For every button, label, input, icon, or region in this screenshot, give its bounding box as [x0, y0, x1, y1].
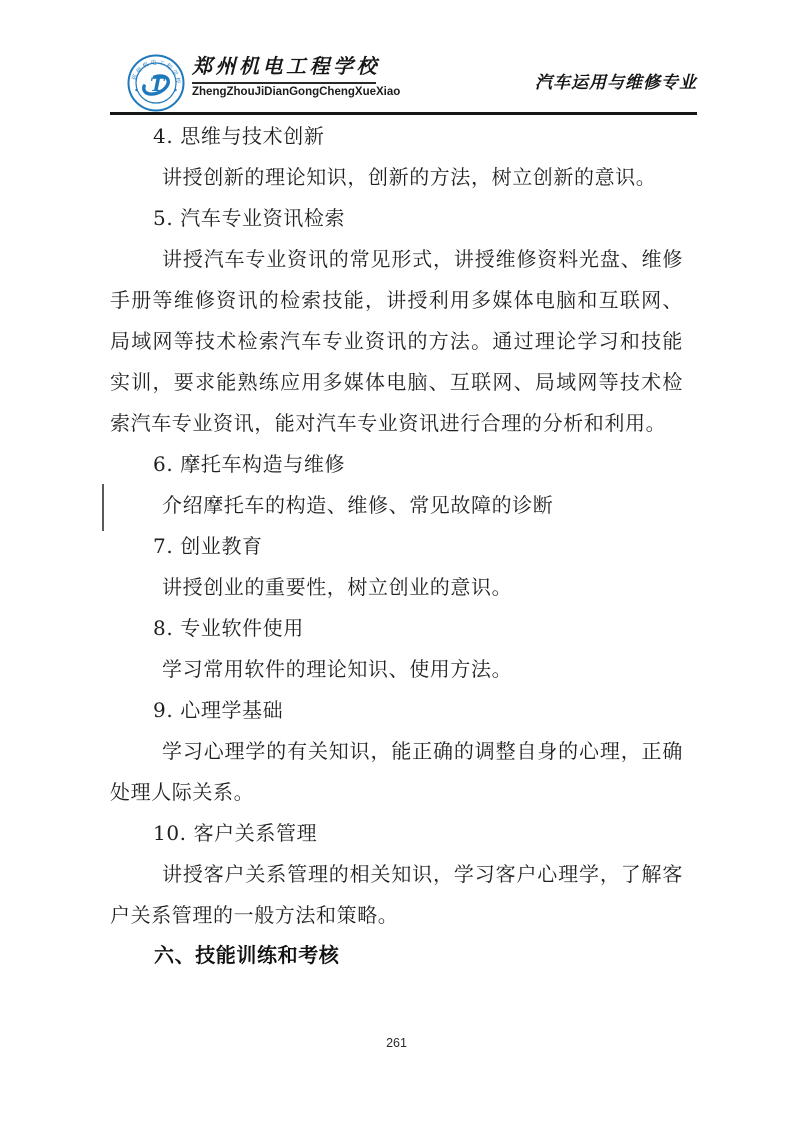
course-item-title: 10. 客户关系管理 [110, 813, 683, 854]
course-item-title: 7. 创业教育 [110, 526, 683, 567]
paragraph: 讲授客户关系管理的相关知识，学习客户心理学，了解客户关系管理的一般方法和策略。 [110, 854, 683, 936]
paragraph: 讲授汽车专业资讯的常见形式，讲授维修资料光盘、维修手册等维修资讯的检索技能，讲授… [110, 239, 683, 444]
header-divider-line [110, 112, 697, 115]
course-item-title: 6. 摩托车构造与维修 [110, 444, 683, 485]
school-name-chinese: 郑州机电工程学校 [192, 50, 382, 79]
paragraph: 学习心理学的有关知识，能正确的调整自身的心理，正确处理人际关系。 [110, 731, 683, 813]
course-item-title: 8. 专业软件使用 [110, 608, 683, 649]
course-item-title: 5. 汽车专业资讯检索 [110, 198, 683, 239]
paragraph: 讲授创业的重要性，树立创业的意识。 [110, 567, 683, 608]
course-item-title: 9. 心理学基础 [110, 690, 683, 731]
paragraph: 讲授创新的理论知识，创新的方法，树立创新的意识。 [110, 157, 683, 198]
logo-center-letter: T [150, 74, 166, 96]
section-heading: 六、技能训练和考核 [110, 936, 683, 977]
school-name-pinyin: ZhengZhouJiDianGongChengXueXiao [192, 86, 382, 98]
document-body: 4. 思维与技术创新讲授创新的理论知识，创新的方法，树立创新的意识。5. 汽车专… [110, 116, 683, 977]
document-page: 郑州机电工程学校 T 郑州机电工程学校 ZhengZhouJiDianGongC… [0, 0, 793, 1122]
paragraph: 介绍摩托车的构造、维修、常见故障的诊断 [110, 485, 683, 526]
paragraph: 学习常用软件的理论知识、使用方法。 [110, 649, 683, 690]
school-logo-icon: 郑州机电工程学校 T [127, 54, 185, 112]
school-name-block: 郑州机电工程学校 ZhengZhouJiDianGongChengXueXiao [192, 50, 382, 98]
course-item-title: 4. 思维与技术创新 [110, 116, 683, 157]
school-logo: 郑州机电工程学校 T [127, 54, 185, 112]
revision-change-bar [102, 484, 104, 531]
major-title: 汽车运用与维修专业 [535, 68, 697, 93]
page-number: 261 [0, 1036, 793, 1050]
page-header: 郑州机电工程学校 T 郑州机电工程学校 ZhengZhouJiDianGongC… [110, 44, 697, 110]
school-name-underline [192, 82, 376, 84]
